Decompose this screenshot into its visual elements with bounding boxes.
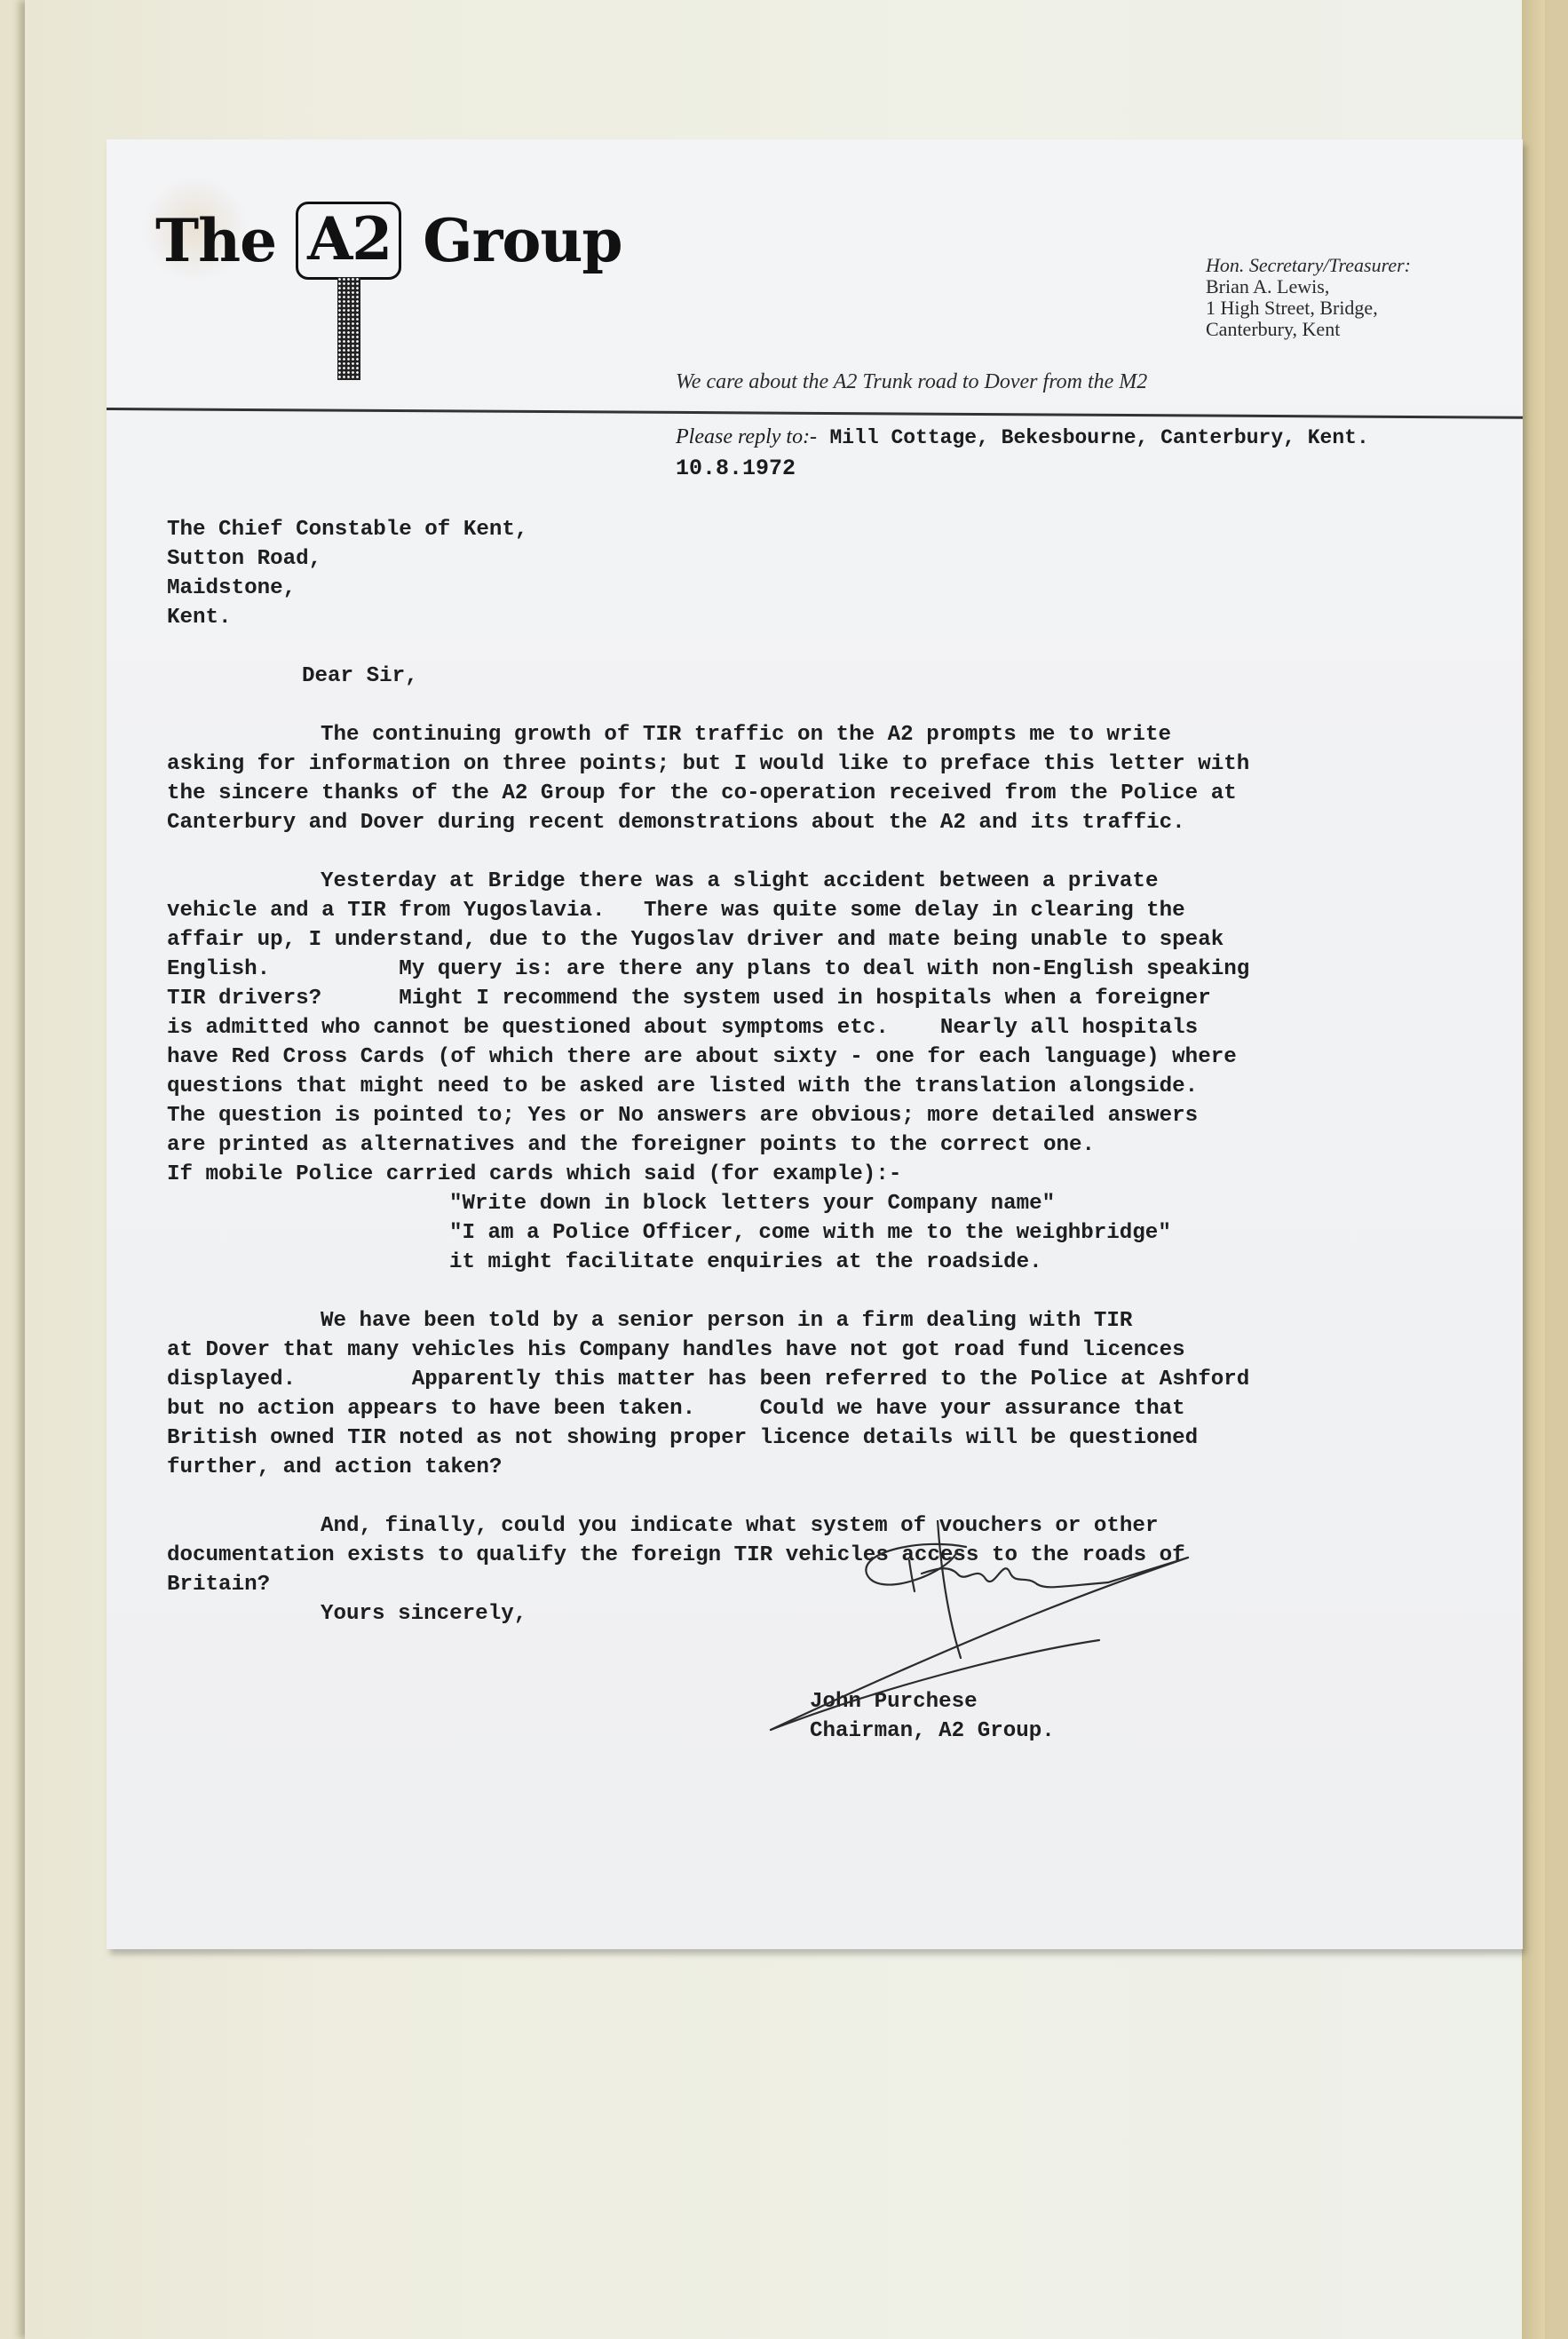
paragraph-line: is admitted who cannot be questioned abo… — [167, 1013, 1481, 1043]
paragraph: Yesterday at Bridge there was a slight a… — [167, 867, 1481, 1189]
paragraph-line: but no action appears to have been taken… — [167, 1394, 1481, 1423]
paragraph-line: Yesterday at Bridge there was a slight a… — [167, 867, 1481, 896]
letterhead-divider — [107, 408, 1523, 419]
brand-sign-text: A2 — [307, 204, 392, 274]
paragraph-line: Britain? — [167, 1570, 1481, 1599]
reply-label: Please reply to:- — [676, 425, 817, 448]
reply-to: Please reply to:- Mill Cottage, Bekesbou… — [676, 425, 1369, 450]
paragraph-line: Canterbury and Dover during recent demon… — [167, 808, 1481, 837]
paragraph-line: We have been told by a senior person in … — [167, 1306, 1481, 1336]
paragraph-line: TIR drivers? Might I recommend the syste… — [167, 984, 1481, 1013]
paragraph-line: documentation exists to qualify the fore… — [167, 1541, 1481, 1570]
letter-date: 10.8.1972 — [676, 456, 796, 481]
brand-word-group: Group — [423, 206, 622, 275]
recipient-line: Kent. — [167, 603, 1481, 632]
paragraph-line: affair up, I understand, due to the Yugo… — [167, 925, 1481, 955]
salutation: Dear Sir, — [167, 662, 1481, 691]
tagline: We care about the A2 Trunk road to Dover… — [676, 370, 1147, 394]
paragraph-line: displayed. Apparently this matter has be… — [167, 1365, 1481, 1394]
paragraph-line: British owned TIR noted as not showing p… — [167, 1423, 1481, 1453]
card-example-line: "I am a Police Officer, come with me to … — [167, 1218, 1481, 1248]
paragraph: The continuing growth of TIR traffic on … — [167, 720, 1481, 837]
road-sign-icon: A2 — [296, 202, 401, 280]
paragraph: And, finally, could you indicate what sy… — [167, 1511, 1481, 1599]
paragraph-line: asking for information on three points; … — [167, 749, 1481, 779]
paragraph-line: further, and action taken? — [167, 1453, 1481, 1482]
paragraph-line: are printed as alternatives and the fore… — [167, 1130, 1481, 1160]
signatory-title: Chairman, A2 Group. — [167, 1717, 1481, 1746]
officer-block: Hon. Secretary/Treasurer: Brian A. Lewis… — [1206, 255, 1411, 340]
paragraph-line: questions that might need to be asked ar… — [167, 1072, 1481, 1101]
paragraph-line: If mobile Police carried cards which sai… — [167, 1160, 1481, 1189]
brand-word-the: The — [155, 206, 276, 275]
letter-sheet: The A2 Group Hon. Secretary/Treasurer: B… — [107, 139, 1523, 1949]
card-example-line: it might facilitate enquiries at the roa… — [167, 1248, 1481, 1277]
card-examples: "Write down in block letters your Compan… — [167, 1189, 1481, 1277]
recipient-line: Maidstone, — [167, 574, 1481, 603]
album-page-edge — [1522, 0, 1545, 2339]
card-example-line: "Write down in block letters your Compan… — [167, 1189, 1481, 1218]
reply-address: Mill Cottage, Bekesbourne, Canterbury, K… — [829, 426, 1368, 449]
paragraph-line: vehicle and a TIR from Yugoslavia. There… — [167, 896, 1481, 925]
paragraph-line: The continuing growth of TIR traffic on … — [167, 720, 1481, 749]
paragraph: We have been told by a senior person in … — [167, 1306, 1481, 1482]
paragraph-line: English. My query is: are there any plan… — [167, 955, 1481, 984]
officer-line: 1 High Street, Bridge, — [1206, 297, 1411, 319]
paragraph-line: have Red Cross Cards (of which there are… — [167, 1043, 1481, 1072]
letter-body: The Chief Constable of Kent, Sutton Road… — [167, 486, 1481, 1746]
sign-post-icon — [337, 277, 360, 380]
recipient-line: Sutton Road, — [167, 544, 1481, 574]
paragraph-line: And, finally, could you indicate what sy… — [167, 1511, 1481, 1541]
paragraph-line: at Dover that many vehicles his Company … — [167, 1336, 1481, 1365]
letterhead-logo: The A2 Group — [155, 202, 622, 280]
officer-line: Brian A. Lewis, — [1206, 276, 1411, 297]
officer-role: Hon. Secretary/Treasurer: — [1206, 255, 1411, 276]
album-left-strip — [0, 0, 25, 2339]
paragraph-line: The question is pointed to; Yes or No an… — [167, 1101, 1481, 1130]
officer-line: Canterbury, Kent — [1206, 319, 1411, 340]
recipient-line: The Chief Constable of Kent, — [167, 515, 1481, 544]
closing: Yours sincerely, — [167, 1599, 1481, 1629]
signatory-name: John Purchese — [167, 1687, 1481, 1717]
paragraph-line: the sincere thanks of the A2 Group for t… — [167, 779, 1481, 808]
